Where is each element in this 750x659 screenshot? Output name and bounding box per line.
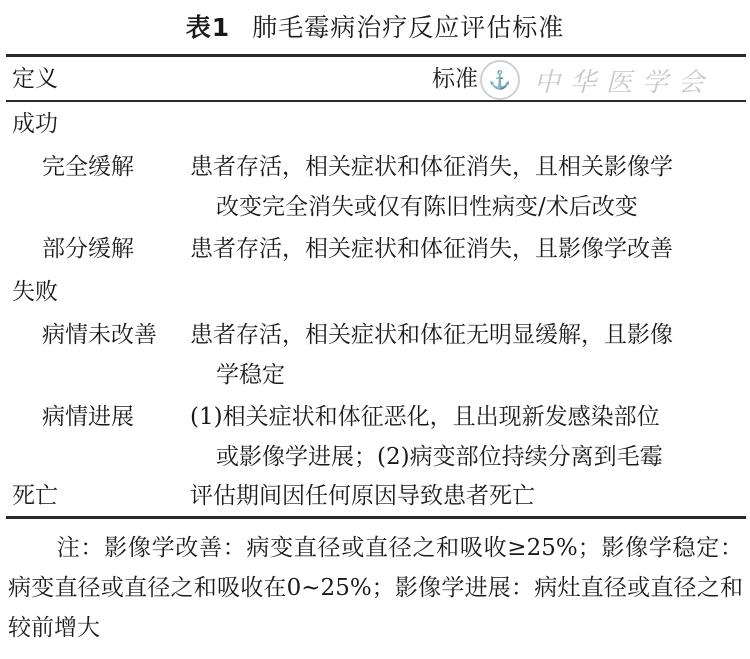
criterion-line: 学稳定 [190,355,740,395]
table-note: 注：影像学改善：病变直径或直径之和吸收≥25%；影像学稳定：病变直径或直径之和吸… [8,528,743,648]
criterion-line: (1)相关症状和体征恶化，且出现新发感染部位 [190,404,660,430]
top-rule [6,54,746,57]
watermark: ⚓ 中华医学会 [480,58,740,102]
criterion-line: 患者存活，相关症状和体征消失，且相关影像学 [190,154,673,180]
criterion-line: 患者存活，相关症状和体征消失，且影像学改善 [190,236,673,262]
criterion-line: 评估期间因任何原因导致患者死亡 [190,483,535,509]
header-definition: 定义 [12,60,58,98]
row-criterion: 患者存活，相关症状和体征消失，且影像学改善 [190,229,740,269]
row-label: 病情未改善 [42,315,157,355]
criterion-line: 或影像学进展；(2)病变部位持续分离到毛霉 [190,437,740,477]
table-title: 表1肺毛霉病治疗反应评估标准 [0,8,750,48]
row-label: 病情进展 [42,397,134,437]
table-title-text: 肺毛霉病治疗反应评估标准 [252,13,564,42]
row-label: 完全缓解 [42,147,134,187]
bottom-rule [6,516,746,519]
row-criterion: (1)相关症状和体征恶化，且出现新发感染部位 或影像学进展；(2)病变部位持续分… [190,397,740,477]
category-label: 失败 [12,272,58,312]
note-text: 注：影像学改善：病变直径或直径之和吸收≥25%；影像学稳定：病变直径或直径之和吸… [8,535,743,641]
criterion-line: 患者存活，相关症状和体征无明显缓解，且影像 [190,322,673,348]
row-criterion: 评估期间因任何原因导致患者死亡 [190,476,740,516]
row-criterion: 患者存活，相关症状和体征无明显缓解，且影像 学稳定 [190,315,740,395]
header-criterion: 标准 [432,60,478,98]
category-label: 死亡 [12,476,58,516]
row-label: 部分缓解 [42,229,134,269]
header-rule [6,100,746,102]
watermark-text: 中华医学会 [534,62,714,99]
row-criterion: 患者存活，相关症状和体征消失，且相关影像学 改变完全消失或仅有陈旧性病变/术后改… [190,147,740,227]
table-number: 表1 [186,13,230,42]
criterion-line: 改变完全消失或仅有陈旧性病变/术后改变 [190,187,740,227]
category-label: 成功 [12,104,58,144]
society-emblem-icon: ⚓ [480,60,520,100]
